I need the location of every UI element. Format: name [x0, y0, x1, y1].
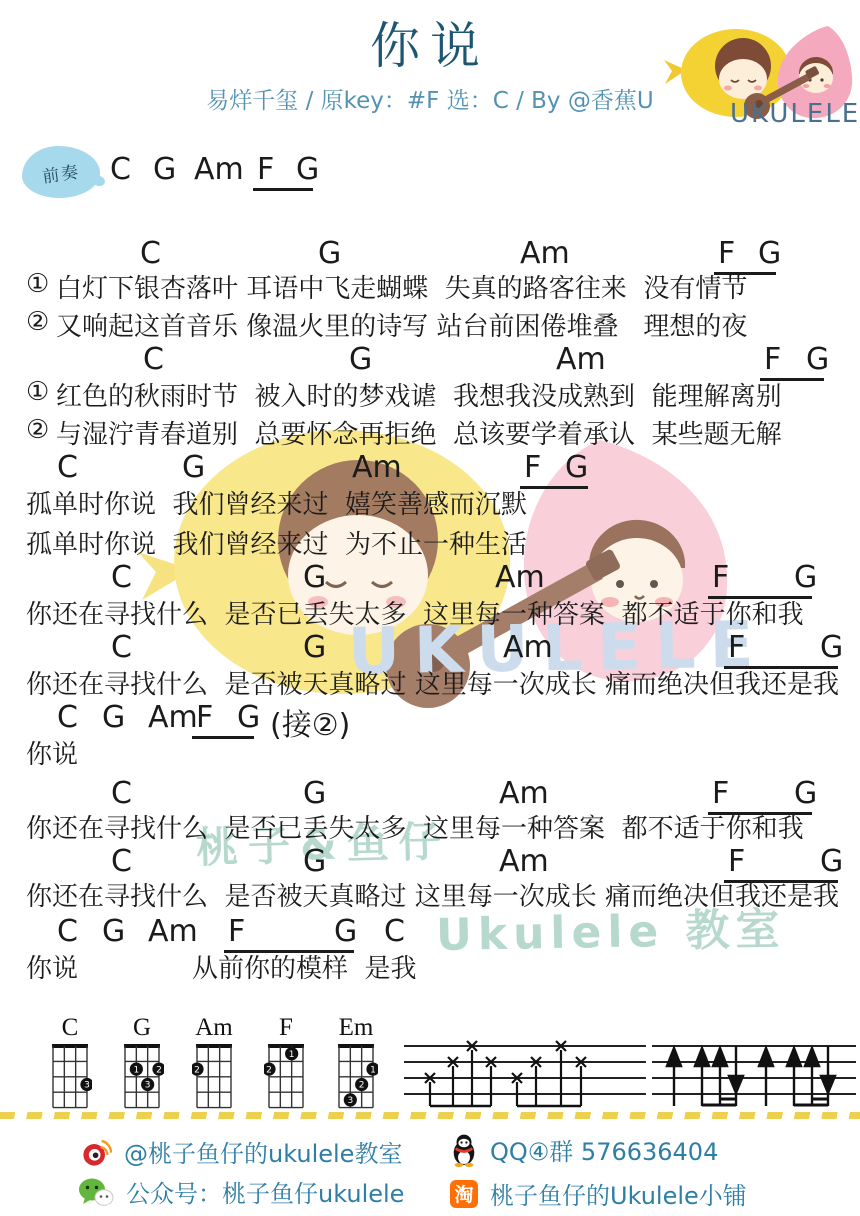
chord-row: CGAmFG	[0, 630, 860, 668]
lyric-row: ①白灯下银杏落叶 耳语中飞走蝴蝶 失真的路客往来 没有情节	[0, 268, 860, 306]
svg-text:2: 2	[266, 1065, 272, 1075]
verse-marker: ②	[26, 415, 49, 445]
lyric-text: 你还在寻找什么 是否已丢失太多 这里每一种答案 都不适于你和我	[26, 594, 804, 631]
chord-diagram-label: Am	[178, 1014, 250, 1042]
fretboard-grid: 123	[334, 1042, 378, 1112]
svg-text:2: 2	[156, 1065, 162, 1075]
chord-label: G	[296, 152, 319, 187]
footer-qq: QQ④群 576636404	[450, 1132, 718, 1167]
logo-boy-blush-right	[824, 84, 831, 88]
chord-label: C	[111, 630, 132, 665]
pick-notes	[425, 1041, 586, 1106]
chord-diagram-C: C3	[34, 1014, 106, 1116]
lyric-text: 你还在寻找什么 是否被天真略过 这里每一次成长 痛而绝决但我还是我	[26, 876, 839, 913]
lyric-text: 你还在寻找什么 是否已丢失太多 这里每一种答案 都不适于你和我	[26, 808, 804, 845]
wechat-account: 公众号：桃子鱼仔ukulele	[126, 1174, 404, 1209]
chord-label: G	[237, 700, 260, 735]
chord-label: G	[820, 844, 843, 879]
footer-wechat: 公众号：桃子鱼仔ukulele	[78, 1174, 404, 1209]
chord-label: F	[228, 914, 245, 949]
lyric-text: 你说	[26, 734, 78, 771]
chord-row: CGAmFG	[0, 450, 860, 488]
chord-label: Am	[352, 450, 402, 485]
chord-label: C	[110, 152, 131, 187]
chord-label: G	[303, 560, 326, 595]
chord-diagram-G: G123	[106, 1014, 178, 1116]
lyric-text: 白灯下银杏落叶 耳语中飞走蝴蝶 失真的路客往来 没有情节	[56, 268, 747, 305]
chord-label: Am	[499, 844, 549, 879]
lyric-text: 你说	[26, 948, 78, 985]
chord-label: F	[196, 700, 213, 735]
svg-text:2: 2	[194, 1065, 200, 1075]
weibo-handle: @桃子鱼仔的ukulele教室	[124, 1134, 402, 1169]
chord-label: F	[712, 560, 729, 595]
chord-label: C	[111, 844, 132, 879]
chord-underline	[253, 188, 313, 191]
chord-label: G	[806, 342, 829, 377]
chord-label: F	[728, 844, 745, 879]
logo-ukulele-text: UKULELE	[730, 99, 860, 126]
chord-label: G	[303, 844, 326, 879]
chord-label: C	[140, 236, 161, 271]
chord-label: C	[111, 776, 132, 811]
lyric-row: 你还在寻找什么 是否已丢失太多 这里每一种答案 都不适于你和我	[0, 594, 860, 632]
svg-text:3: 3	[347, 1096, 353, 1106]
chord-diagram-Em: Em123	[320, 1014, 392, 1116]
chord-label: Am	[495, 560, 545, 595]
chord-label: G	[758, 236, 781, 271]
taobao-icon: 淘	[450, 1180, 478, 1208]
svg-text:1: 1	[370, 1065, 376, 1075]
chord-diagram-label: Em	[320, 1014, 392, 1042]
chord-label: Am	[503, 630, 553, 665]
footer-weibo: @桃子鱼仔的ukulele教室	[82, 1134, 402, 1169]
chord-label: G	[153, 152, 176, 187]
lyric-row: 孤单时你说 我们曾经来过 嬉笑善感而沉默	[0, 484, 860, 522]
chord-row: CGAmFG	[0, 152, 860, 190]
chord-row: CGAmFG	[0, 560, 860, 598]
chord-label: Am	[520, 236, 570, 271]
chord-label: Am	[499, 776, 549, 811]
chord-label: C	[111, 560, 132, 595]
logo-boy-eye-right	[820, 78, 823, 81]
strum-arrows	[667, 1046, 835, 1106]
lyric-text: 红色的秋雨时节 被入时的梦戏谑 我想我没成熟到 能理解离别	[56, 376, 782, 413]
verse-marker: ①	[26, 269, 49, 299]
fretboard-grid: 3	[48, 1042, 92, 1112]
strumming-pattern	[650, 1038, 858, 1112]
verse-marker: ②	[26, 307, 49, 337]
lyric-row: ②与湿泞青春道别 总要怀念再拒绝 总该要学着承认 某些题无解	[0, 414, 860, 452]
chord-label: C	[57, 700, 78, 735]
lyric-row: 你说	[0, 734, 860, 772]
lyric-text: 又响起这首音乐 像温火里的诗写 站台前困倦堆叠 理想的夜	[56, 306, 747, 343]
fretboard-grid: 123	[120, 1042, 164, 1112]
studio-logo: UKULELE	[660, 18, 860, 126]
svg-text:1: 1	[133, 1065, 139, 1075]
dashed-divider	[0, 1112, 860, 1119]
chord-label: F	[764, 342, 781, 377]
chord-label: G	[102, 914, 125, 949]
chord-label: F	[257, 152, 274, 187]
chord-diagram-Am: Am2	[178, 1014, 250, 1116]
chord-label: Am	[556, 342, 606, 377]
chord-label: Am	[148, 914, 198, 949]
chord-diagram-label: G	[106, 1014, 178, 1042]
chord-diagrams: C3G123Am2F12Em123	[0, 1014, 400, 1124]
chord-label: F	[524, 450, 541, 485]
chord-diagram-F: F12	[250, 1014, 322, 1116]
lyric-text: 与湿泞青春道别 总要怀念再拒绝 总该要学着承认 某些题无解	[56, 414, 782, 451]
lyric-row: 你还在寻找什么 是否已丢失太多 这里每一种答案 都不适于你和我	[0, 808, 860, 846]
chord-label: F	[718, 236, 735, 271]
lyric-row: 孤单时你说 我们曾经来过 为不止一种生活	[0, 524, 860, 562]
chord-label: Am	[194, 152, 244, 187]
chord-label: G	[565, 450, 588, 485]
chord-label: G	[349, 342, 372, 377]
svg-text:3: 3	[84, 1081, 90, 1091]
logo-girl-face	[719, 59, 767, 99]
lyric-row: 你还在寻找什么 是否被天真略过 这里每一次成长 痛而绝决但我还是我	[0, 876, 860, 914]
verse-marker: ①	[26, 377, 49, 407]
qq-group-number: QQ④群 576636404	[490, 1132, 718, 1167]
logo-girl-blush-left	[724, 86, 732, 91]
chord-label: G	[794, 776, 817, 811]
chord-label: G	[303, 630, 326, 665]
chord-row: CGAmFGC	[0, 914, 860, 952]
chord-label: G	[820, 630, 843, 665]
fretboard-grid: 2	[192, 1042, 236, 1112]
chord-label: G	[182, 450, 205, 485]
lyric-text: 孤单时你说 我们曾经来过 为不止一种生活	[26, 524, 527, 561]
chord-row: CGAmFG(接②)	[0, 700, 860, 738]
svg-text:2: 2	[359, 1081, 365, 1091]
chord-label: Am	[148, 700, 198, 735]
logo-girl-blush-right	[754, 86, 762, 91]
lyric-row: 你说从前你的模样 是我	[0, 948, 860, 986]
chord-diagram-label: F	[250, 1014, 322, 1042]
wechat-icon	[78, 1177, 114, 1207]
chord-label: C	[57, 914, 78, 949]
chord-label: G	[102, 700, 125, 735]
chord-label: C	[143, 342, 164, 377]
chord-label: C	[384, 914, 405, 949]
chord-row: CGAmFG	[0, 342, 860, 380]
chord-label: C	[57, 450, 78, 485]
svg-text:1: 1	[289, 1050, 295, 1060]
lyric-text: 孤单时你说 我们曾经来过 嬉笑善感而沉默	[26, 484, 527, 521]
lyric-row: ②又响起这首音乐 像温火里的诗写 站台前困倦堆叠 理想的夜	[0, 306, 860, 344]
chord-label: F	[728, 630, 745, 665]
lyric-row: ①红色的秋雨时节 被入时的梦戏谑 我想我没成熟到 能理解离别	[0, 376, 860, 414]
chord-label: G	[334, 914, 357, 949]
lyric-text: 从前你的模样 是我	[192, 948, 417, 985]
logo-boy-blush-left	[803, 84, 810, 88]
chord-sheet-page: UKULELE 桃子&鱼仔 Ukulele 教室 你说 易烊千玺 / 原key：…	[0, 0, 860, 1216]
lyric-text: 你还在寻找什么 是否被天真略过 这里每一次成长 痛而绝决但我还是我	[26, 664, 839, 701]
chord-label: F	[712, 776, 729, 811]
lyric-row: 你还在寻找什么 是否被天真略过 这里每一次成长 痛而绝决但我还是我	[0, 664, 860, 702]
chord-label: G	[303, 776, 326, 811]
chord-label: G	[794, 560, 817, 595]
fretboard-grid: 12	[264, 1042, 308, 1112]
footer-taobao: 淘 桃子鱼仔的Ukulele小铺	[450, 1176, 747, 1211]
taobao-shop: 桃子鱼仔的Ukulele小铺	[490, 1176, 747, 1211]
chord-diagram-label: C	[34, 1014, 106, 1042]
fingerpicking-pattern	[398, 1038, 650, 1112]
weibo-icon	[82, 1137, 112, 1167]
chord-label: G	[318, 236, 341, 271]
svg-text:3: 3	[145, 1081, 151, 1091]
qq-icon	[450, 1133, 478, 1167]
